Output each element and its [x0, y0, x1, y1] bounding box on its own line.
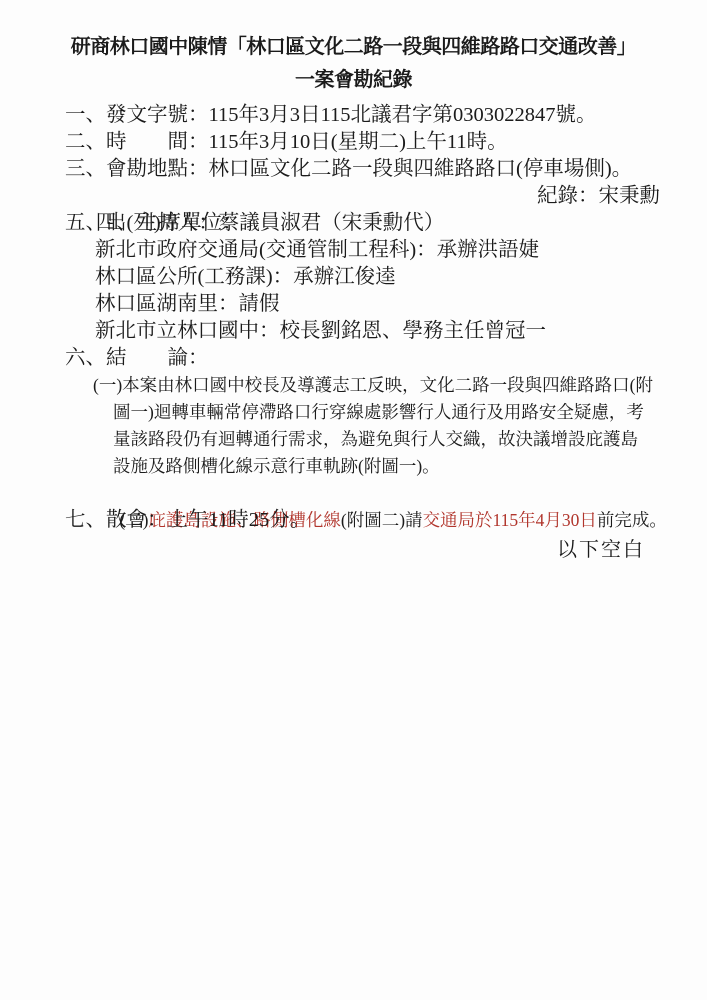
- doc-number-line: 一、發文字號：115年3月3日115北議君字第0303022847號。: [0, 102, 707, 129]
- conclusion-heading: 六、結 論：: [0, 345, 707, 372]
- host-line: 四、主持人：蔡議員淑君（宋秉勳代） 紀錄：宋秉勳: [0, 183, 707, 210]
- attendee-line-hunan-village: 林口區湖南里：請假: [0, 291, 707, 318]
- conclusion-item-2-line: (二)庇護島設施、路側槽化線(附圖二)請交通局於115年4月30日前完成。: [0, 480, 707, 507]
- attendees-heading: 五、出(列)席單位：: [0, 210, 707, 237]
- attendee-line-traffic-bureau: 新北市政府交通局(交通管制工程科)：承辦洪語婕: [0, 237, 707, 264]
- document-title-line-2: 一案會勘紀錄: [0, 64, 707, 97]
- time-line: 二、時 間：115年3月10日(星期二)上午11時。: [0, 129, 707, 156]
- conclusion-item-1-line-4: 設施及路側槽化線示意行車軌跡(附圖一)。: [0, 453, 707, 480]
- recorder-label: 紀錄：宋秉勳: [537, 183, 660, 210]
- document-body: 一、發文字號：115年3月3日115北議君字第0303022847號。 二、時 …: [0, 102, 707, 564]
- document-title: 研商林口國中陳情「林口區文化二路一段與四維路路口交通改善」 一案會勘紀錄: [0, 0, 707, 97]
- adjournment-line: 七、散會：上午11時25分。: [0, 507, 707, 534]
- meeting-record-page: 研商林口國中陳情「林口區文化二路一段與四維路路口交通改善」 一案會勘紀錄 一、發…: [0, 0, 707, 1000]
- location-line: 三、會勘地點：林口區文化二路一段與四維路路口(停車場側)。: [0, 156, 707, 183]
- attendee-line-district-office: 林口區公所(工務課)：承辦江俊逵: [0, 264, 707, 291]
- conclusion-item-1-line-3: 量該路段仍有迴轉通行需求，為避免與行人交織，故決議增設庇護島: [0, 426, 707, 453]
- document-title-line-1: 研商林口國中陳情「林口區文化二路一段與四維路路口交通改善」: [0, 31, 707, 64]
- conclusion-item-1-line-2: 圖一)迴轉車輛常停滯路口行穿線處影響行人通行及用路安全疑慮，考: [0, 399, 707, 426]
- conclusion-item-1-line-1: (一)本案由林口國中校長及導護志工反映，文化二路一段與四維路路口(附: [0, 372, 707, 399]
- attendee-line-linkou-junior-high: 新北市立林口國中：校長劉銘恩、學務主任曾冠一: [0, 318, 707, 345]
